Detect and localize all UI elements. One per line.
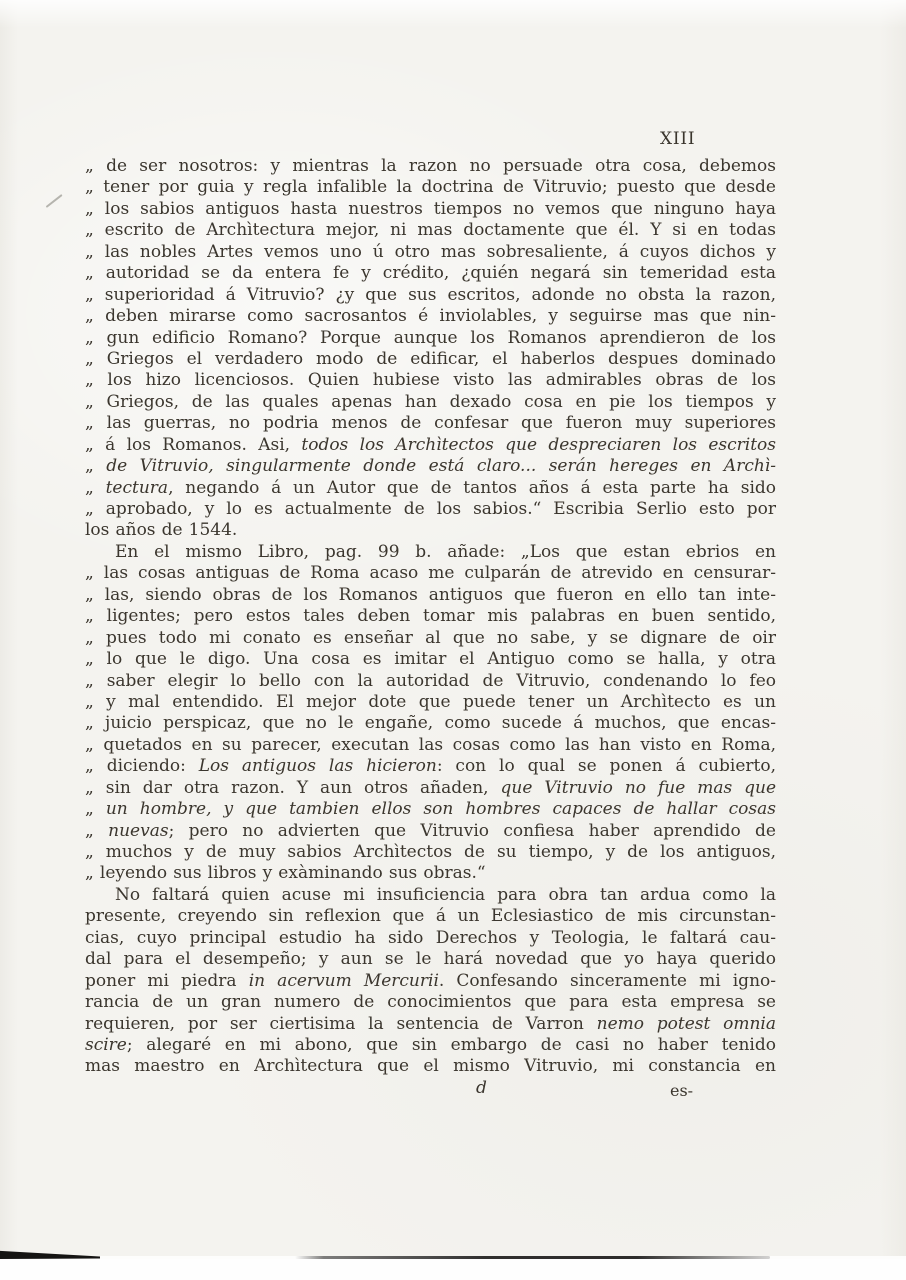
text-line: „ Griegos, de las quales apenas han dexa…: [85, 392, 776, 413]
page-number: XIII: [660, 129, 695, 149]
text-line: „ las nobles Artes vemos uno ú otro mas …: [85, 242, 776, 263]
scanner-background: [0, 1259, 906, 1280]
text-line: „ los sabios antiguos hasta nuestros tie…: [85, 199, 776, 220]
text-block: „ de ser nosotros: y mientras la razon n…: [85, 156, 776, 1099]
text-line: „ diciendo: Los antiguos las hicieron: c…: [85, 756, 776, 777]
text-line: rancia de un gran numero de conocimiento…: [85, 992, 776, 1013]
text-line: „ las guerras, no podria menos de confes…: [85, 413, 776, 434]
signature-mark: d: [476, 1078, 487, 1099]
scanned-book-page: XIII „ de ser nosotros: y mientras la ra…: [0, 0, 906, 1280]
text-line: „ lo que le digo. Una cosa es imitar el …: [85, 649, 776, 670]
text-line: „ leyendo sus libros y exàminando sus ob…: [85, 863, 776, 884]
text-line: „ y mal entendido. El mejor dote que pue…: [85, 692, 776, 713]
text-line: „ las, siendo obras de los Romanos antig…: [85, 585, 776, 606]
text-line: „ Griegos el verdadero modo de edificar,…: [85, 349, 776, 370]
text-line: No faltará quien acuse mi insuficiencia …: [85, 885, 776, 906]
text-line: „ escrito de Archìtectura mejor, ni mas …: [85, 220, 776, 241]
text-line: presente, creyendo sin reflexion que á u…: [85, 906, 776, 927]
text-line: „ aprobado, y lo es actualmente de los s…: [85, 499, 776, 520]
text-line: „ tectura, negando á un Autor que de tan…: [85, 478, 776, 499]
text-line: los años de 1544.: [85, 520, 776, 541]
catchword: es-: [670, 1080, 693, 1101]
text-line: „ saber elegir lo bello con la autoridad…: [85, 671, 776, 692]
signature-row: d es-: [85, 1078, 776, 1099]
text-line: „ sin dar otra razon. Y aun otros añaden…: [85, 778, 776, 799]
text-line: „ pues todo mi conato es enseñar al que …: [85, 628, 776, 649]
text-line: poner mi piedra in acervum Mercurii. Con…: [85, 971, 776, 992]
text-line: „ los hizo licenciosos. Quien hubiese vi…: [85, 370, 776, 391]
text-line: scire; alegaré en mi abono, que sin emba…: [85, 1035, 776, 1056]
text-line: „ deben mirarse como sacrosantos é invio…: [85, 306, 776, 327]
text-line: „ de ser nosotros: y mientras la razon n…: [85, 156, 776, 177]
text-line: „ tener por guia y regla infalible la do…: [85, 177, 776, 198]
text-line: „ superioridad á Vitruvio? ¿y que sus es…: [85, 285, 776, 306]
text-line: cias, cuyo principal estudio ha sido Der…: [85, 928, 776, 949]
text-line: „ gun edificio Romano? Porque aunque los…: [85, 328, 776, 349]
text-line: „ las cosas antiguas de Roma acaso me cu…: [85, 563, 776, 584]
text-line: „ á los Romanos. Asi, todos los Archìtec…: [85, 435, 776, 456]
text-line: „ de Vitruvio, singularmente donde está …: [85, 456, 776, 477]
text-line: „ juicio perspicaz, que no le engañe, co…: [85, 713, 776, 734]
text-line: „ un hombre, y que tambien ellos son hom…: [85, 799, 776, 820]
text-line: „ nuevas; pero no advierten que Vitruvio…: [85, 821, 776, 842]
text-line: dal para el desempeño; y aun se le hará …: [85, 949, 776, 970]
text-line: En el mismo Libro, pag. 99 b. añade: „Lo…: [85, 542, 776, 563]
text-line: „ ligentes; pero estos tales deben tomar…: [85, 606, 776, 627]
text-line: „ muchos y de muy sabios Archìtectos de …: [85, 842, 776, 863]
text-line: „ autoridad se da entera fe y crédito, ¿…: [85, 263, 776, 284]
text-line: requieren, por ser ciertisima la sentenc…: [85, 1014, 776, 1035]
text-line: mas maestro en Archìtectura que el mismo…: [85, 1056, 776, 1077]
text-line: „ quetados en su parecer, executan las c…: [85, 735, 776, 756]
